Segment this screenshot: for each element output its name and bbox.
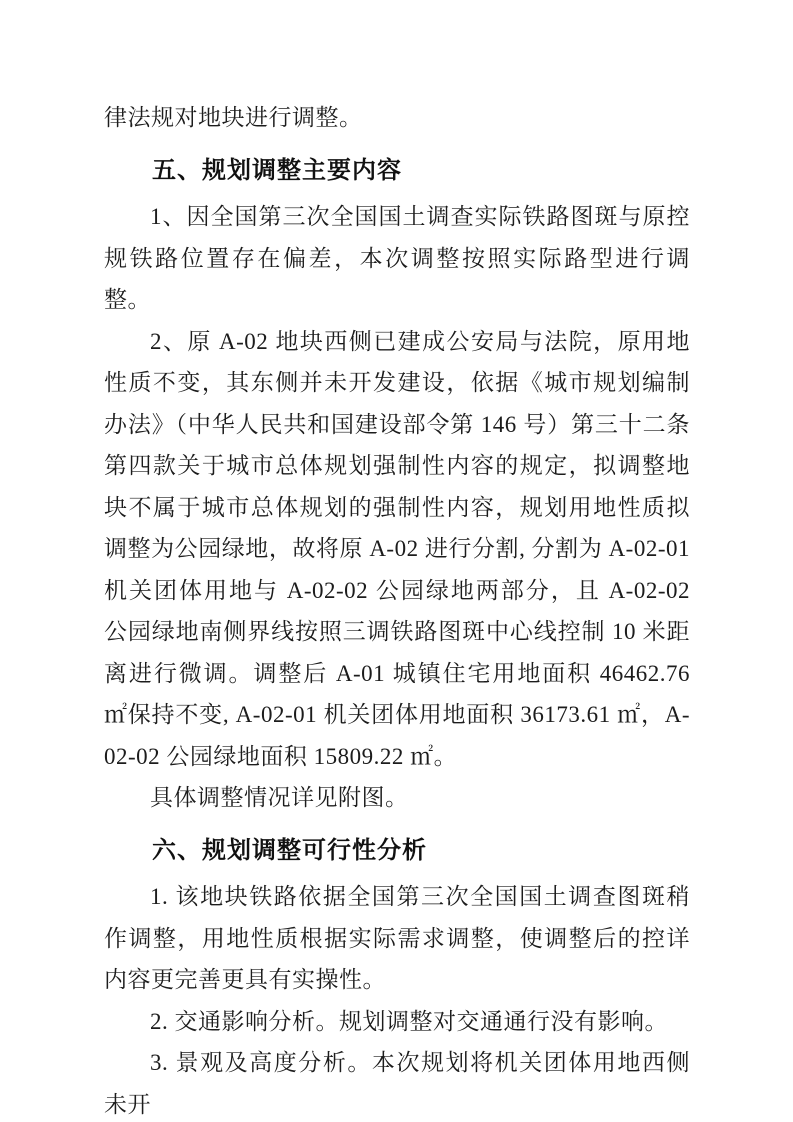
paragraph-feasibility-3-landscape: 3. 景观及高度分析。本次规划将机关团体用地西侧未开 xyxy=(104,1042,690,1122)
section-heading-five: 五、规划调整主要内容 xyxy=(104,150,690,192)
document-page: 律法规对地块进行调整。 五、规划调整主要内容 1、因全国第三次全国国土调查实际铁… xyxy=(0,0,793,1122)
paragraph-continuation-from-previous-page: 律法规对地块进行调整。 xyxy=(104,97,690,139)
paragraph-item-1-railway-deviation: 1、因全国第三次全国国土调查实际铁路图斑与原控规铁路位置存在偏差，本次调整按照实… xyxy=(104,196,690,321)
paragraph-see-attached-map: 具体调整情况详见附图。 xyxy=(104,777,690,819)
paragraph-feasibility-1: 1. 该地块铁路依据全国第三次全国国土调查图斑稍作调整，用地性质根据实际需求调整… xyxy=(104,876,690,1001)
paragraph-item-2-land-split: 2、原 A-02 地块西侧已建成公安局与法院，原用地性质不变，其东侧并未开发建设… xyxy=(104,321,690,778)
section-heading-six: 六、规划调整可行性分析 xyxy=(104,830,690,872)
paragraph-feasibility-2-traffic: 2. 交通影响分析。规划调整对交通通行没有影响。 xyxy=(104,1001,690,1043)
document-content: 律法规对地块进行调整。 五、规划调整主要内容 1、因全国第三次全国国土调查实际铁… xyxy=(104,97,690,1122)
